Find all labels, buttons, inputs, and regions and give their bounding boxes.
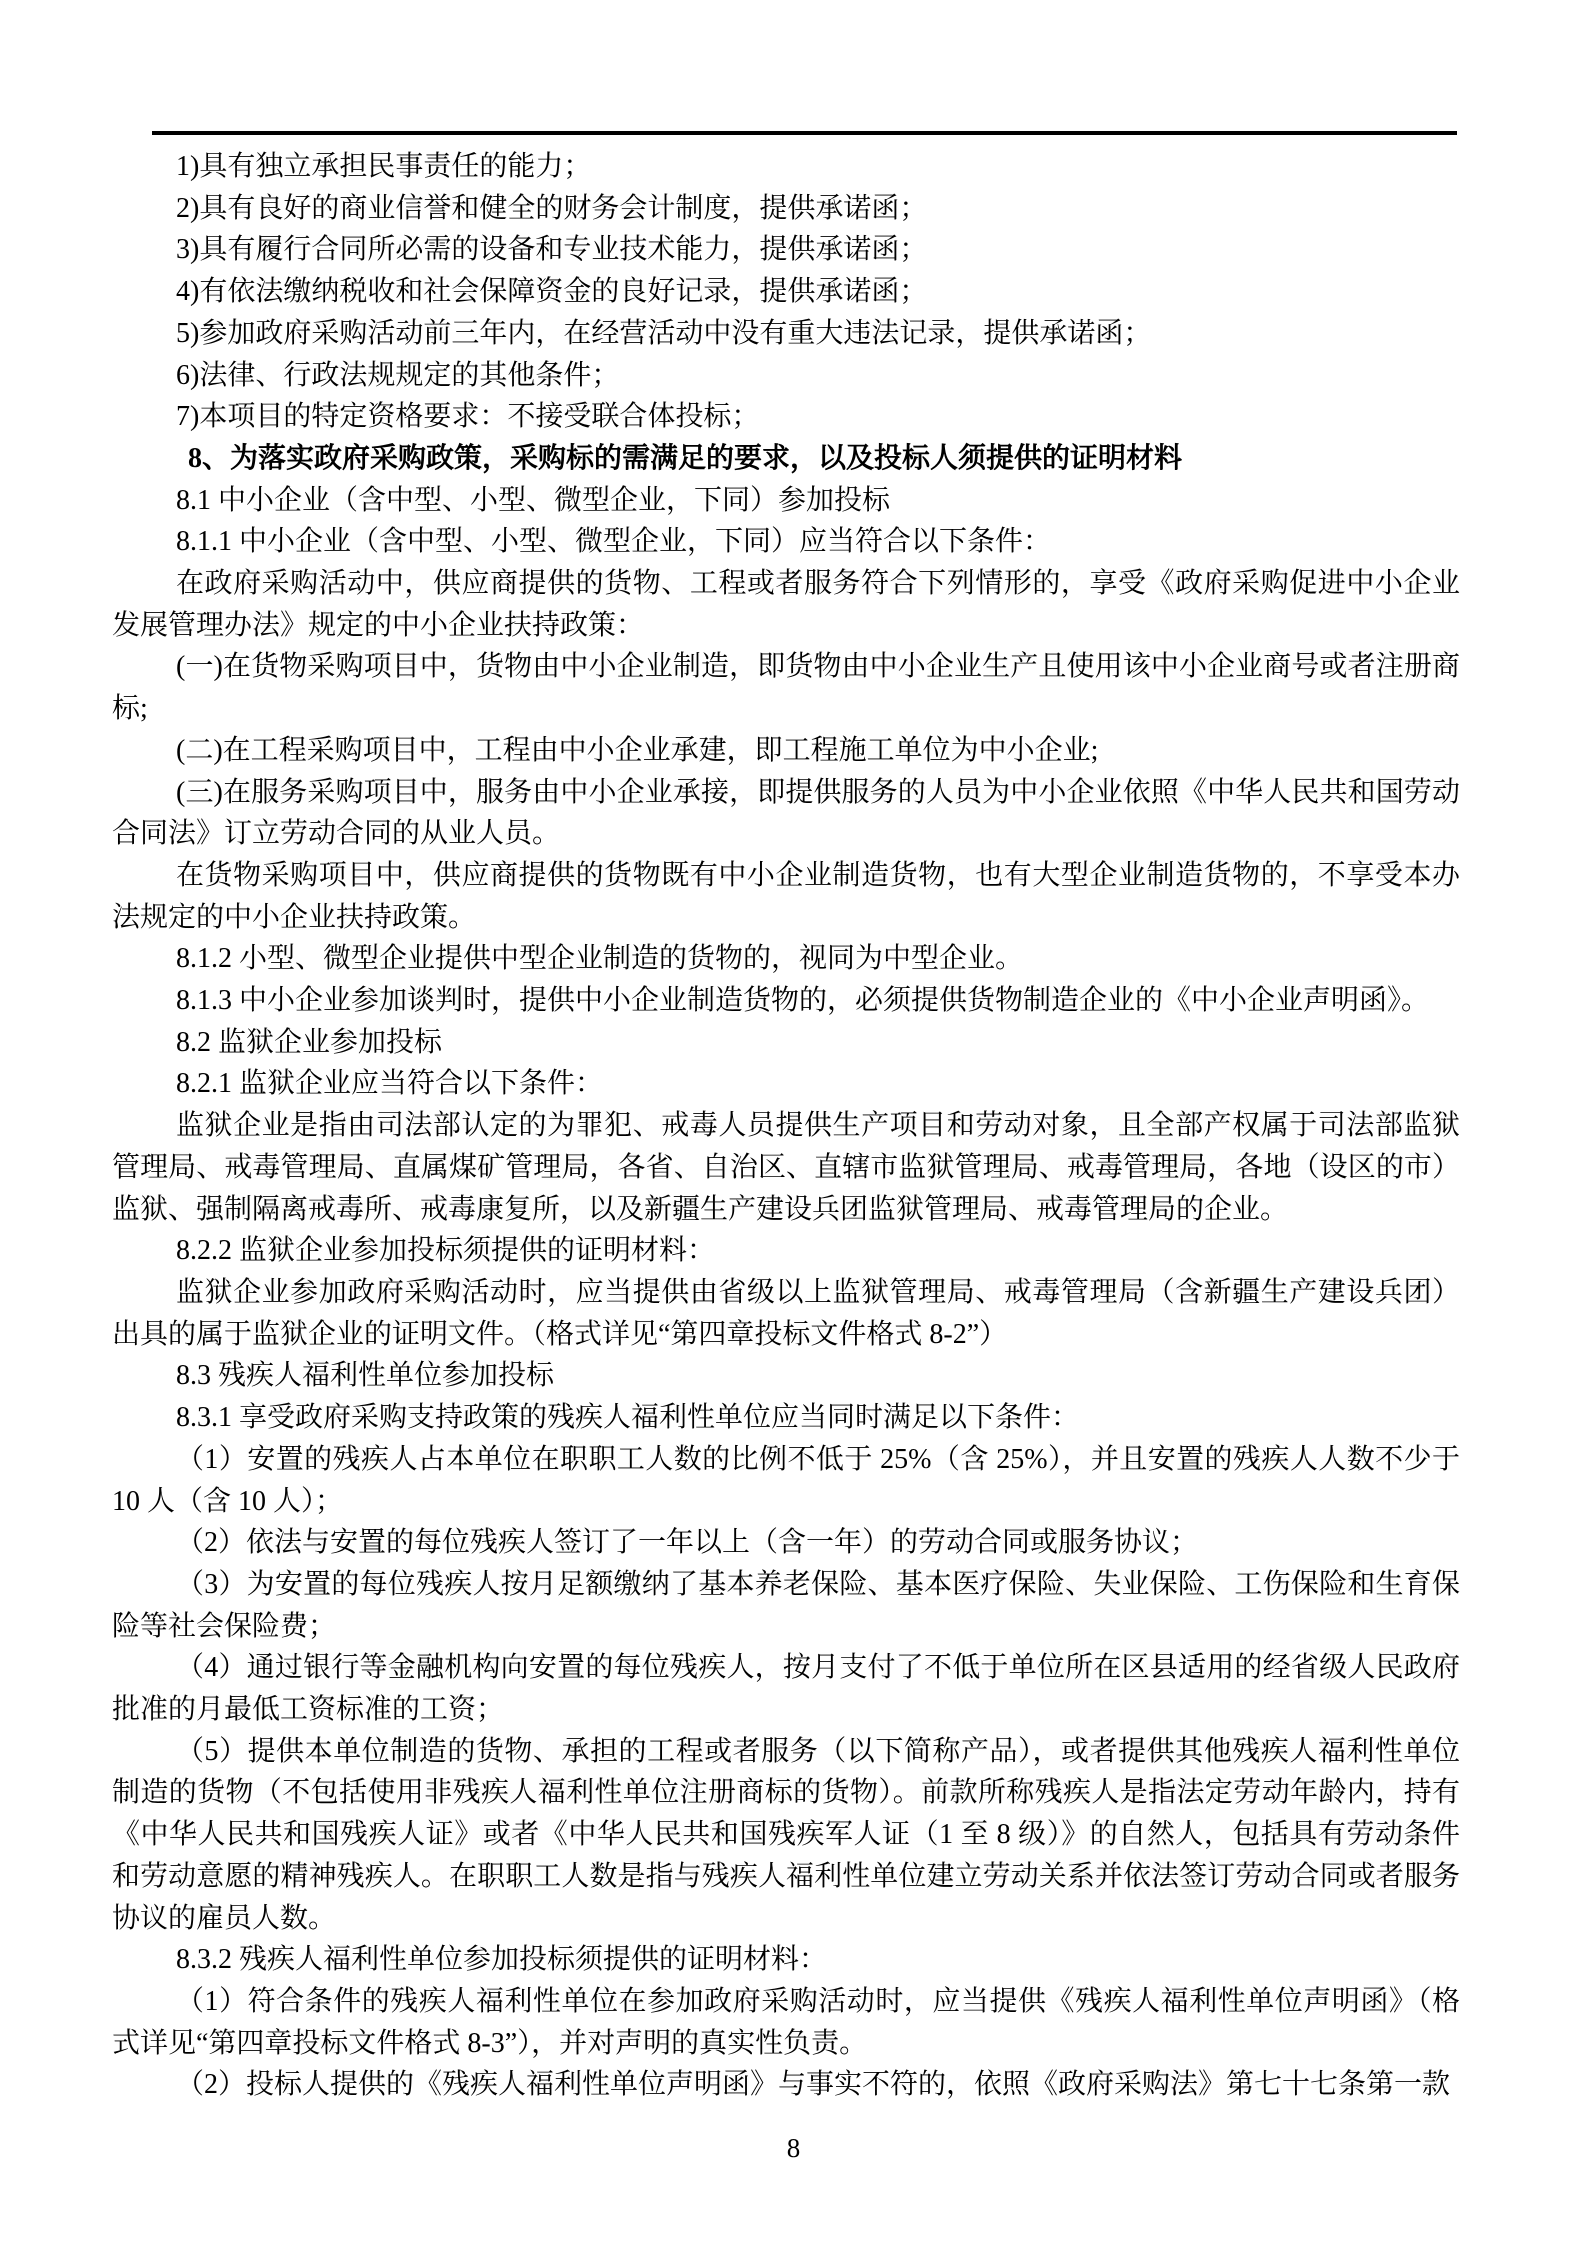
clause-8-1-2: 8.1.2 小型、微型企业提供中型企业制造的货物的，视同为中型企业。 bbox=[112, 938, 1460, 980]
page-header-rule bbox=[152, 131, 1457, 135]
clause-8-1-1-title: 8.1.1 中小企业（含中型、小型、微型企业，下同）应当符合以下条件： bbox=[112, 521, 1460, 563]
section-8-heading: 8、为落实政府采购政策，采购标的需满足的要求，以及投标人须提供的证明材料 bbox=[112, 438, 1460, 480]
clause-8-2-2-body: 监狱企业参加政府采购活动时，应当提供由省级以上监狱管理局、戒毒管理局（含新疆生产… bbox=[112, 1272, 1460, 1355]
clause-8-3-1-item-2: （2）依法与安置的每位残疾人签订了一年以上（含一年）的劳动合同或服务协议； bbox=[112, 1522, 1460, 1564]
qualification-item-6: 6)法律、行政法规规定的其他条件； bbox=[112, 355, 1460, 397]
clause-8-1-1-item-2: (二)在工程采购项目中，工程由中小企业承建，即工程施工单位为中小企业; bbox=[112, 730, 1460, 772]
document-body: 1)具有独立承担民事责任的能力； 2)具有良好的商业信誉和健全的财务会计制度，提… bbox=[112, 146, 1460, 2106]
page-footer: 8 bbox=[0, 2132, 1587, 2164]
clause-8-1-title: 8.1 中小企业（含中型、小型、微型企业，下同）参加投标 bbox=[112, 480, 1460, 522]
qualification-item-5: 5)参加政府采购活动前三年内，在经营活动中没有重大违法记录，提供承诺函； bbox=[112, 313, 1460, 355]
clause-8-3-2-item-2: （2）投标人提供的《残疾人福利性单位声明函》与事实不符的，依照《政府采购法》第七… bbox=[112, 2064, 1460, 2106]
clause-8-1-1-item-3: (三)在服务采购项目中，服务由中小企业承接，即提供服务的人员为中小企业依照《中华… bbox=[112, 772, 1460, 855]
clause-8-3-title: 8.3 残疾人福利性单位参加投标 bbox=[112, 1355, 1460, 1397]
clause-8-3-1-item-1: （1）安置的残疾人占本单位在职职工人数的比例不低于 25%（含 25%），并且安… bbox=[112, 1439, 1460, 1522]
qualification-item-4: 4)有依法缴纳税收和社会保障资金的良好记录，提供承诺函； bbox=[112, 271, 1460, 313]
clause-8-2-2-title: 8.2.2 监狱企业参加投标须提供的证明材料： bbox=[112, 1230, 1460, 1272]
clause-8-3-1-item-5: （5）提供本单位制造的货物、承担的工程或者服务（以下简称产品），或者提供其他残疾… bbox=[112, 1731, 1460, 1940]
qualification-item-2: 2)具有良好的商业信誉和健全的财务会计制度，提供承诺函； bbox=[112, 188, 1460, 230]
clause-8-3-1-item-4: （4）通过银行等金融机构向安置的每位残疾人，按月支付了不低于单位所在区县适用的经… bbox=[112, 1647, 1460, 1730]
qualification-item-1: 1)具有独立承担民事责任的能力； bbox=[112, 146, 1460, 188]
clause-8-2-1-title: 8.2.1 监狱企业应当符合以下条件： bbox=[112, 1063, 1460, 1105]
clause-8-3-1-title: 8.3.1 享受政府采购支持政策的残疾人福利性单位应当同时满足以下条件： bbox=[112, 1397, 1460, 1439]
clause-8-1-3: 8.1.3 中小企业参加谈判时，提供中小企业制造货物的，必须提供货物制造企业的《… bbox=[112, 980, 1460, 1022]
clause-8-1-1-item-1: (一)在货物采购项目中，货物由中小企业制造，即货物由中小企业生产且使用该中小企业… bbox=[112, 646, 1460, 729]
document-page: 1)具有独立承担民事责任的能力； 2)具有良好的商业信誉和健全的财务会计制度，提… bbox=[0, 0, 1587, 2245]
qualification-item-7: 7)本项目的特定资格要求：不接受联合体投标； bbox=[112, 396, 1460, 438]
clause-8-2-title: 8.2 监狱企业参加投标 bbox=[112, 1022, 1460, 1064]
clause-8-1-1-body: 在政府采购活动中，供应商提供的货物、工程或者服务符合下列情形的，享受《政府采购促… bbox=[112, 563, 1460, 646]
clause-8-3-1-item-3: （3）为安置的每位残疾人按月足额缴纳了基本养老保险、基本医疗保险、失业保险、工伤… bbox=[112, 1564, 1460, 1647]
clause-8-3-2-item-1: （1）符合条件的残疾人福利性单位在参加政府采购活动时，应当提供《残疾人福利性单位… bbox=[112, 1981, 1460, 2064]
page-number: 8 bbox=[787, 2133, 801, 2163]
qualification-item-3: 3)具有履行合同所必需的设备和专业技术能力，提供承诺函； bbox=[112, 229, 1460, 271]
clause-8-2-1-body: 监狱企业是指由司法部认定的为罪犯、戒毒人员提供生产项目和劳动对象，且全部产权属于… bbox=[112, 1105, 1460, 1230]
clause-8-3-2-title: 8.3.2 残疾人福利性单位参加投标须提供的证明材料： bbox=[112, 1939, 1460, 1981]
clause-8-1-1-note: 在货物采购项目中，供应商提供的货物既有中小企业制造货物，也有大型企业制造货物的，… bbox=[112, 855, 1460, 938]
